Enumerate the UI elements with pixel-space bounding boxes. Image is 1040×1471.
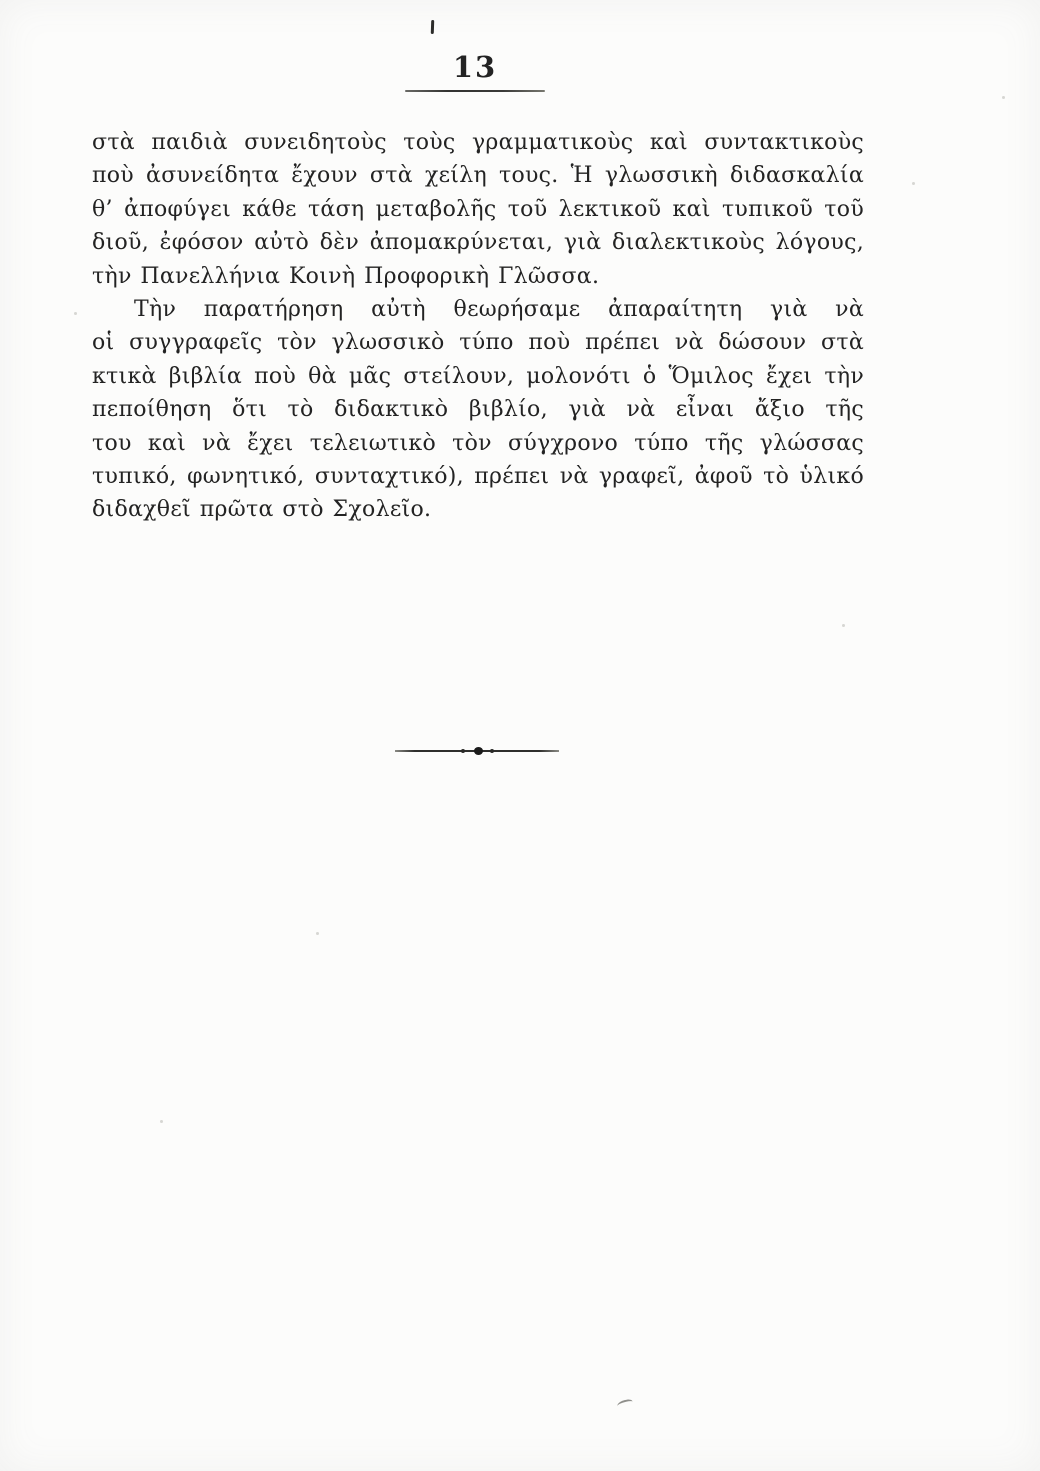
scan-speck <box>842 624 845 627</box>
text-line: του καὶ νὰ ἔχει τελειωτικὸ τὸν σύγχρονο … <box>92 427 864 460</box>
text-line: στὰ παιδιὰ συνειδητοὺς τοὺς γραμματικοὺς… <box>92 126 864 159</box>
scan-speck <box>74 312 77 315</box>
text-line: τὴν Πανελλήνια Κοινὴ Προφορικὴ Γλῶσσα. <box>92 260 864 293</box>
divider-minidot-left <box>461 749 465 753</box>
scan-speck <box>1002 96 1005 99</box>
divider-minidot-right <box>490 749 494 753</box>
text-line: Τὴν παρατήρηση αὐτὴ θεωρήσαμε ἀπαραίτητη… <box>92 293 864 326</box>
text-line: ποὺ ἀσυνείδητα ἔχουν στὰ χείλη τους. Ἡ γ… <box>92 159 864 192</box>
text-line: πεποίθηση ὅτι τὸ διδακτικὸ βιβλίο, γιὰ ν… <box>92 393 864 426</box>
section-divider <box>395 745 559 757</box>
text-line: κτικὰ βιβλία ποὺ θὰ μᾶς στείλουν, μολονό… <box>92 360 864 393</box>
body-text: στὰ παιδιὰ συνειδητοὺς τοὺς γραμματικοὺς… <box>92 126 864 527</box>
divider-center-dot <box>474 747 483 755</box>
text-line: διοῦ, ἐφόσον αὐτὸ δὲν ἀπομακρύνεται, γιὰ… <box>92 226 864 259</box>
scan-artifact-squiggle <box>616 1398 633 1409</box>
text-line: τυπικό, φωνητικό, συνταχτικό), πρέπει νὰ… <box>92 460 864 493</box>
text-line: οἱ συγγραφεῖς τὸν γλωσσικὸ τύπο ποὺ πρέπ… <box>92 326 864 359</box>
page-header: 13 <box>403 50 547 92</box>
scan-speck <box>316 932 319 935</box>
scanned-book-page: 13 στὰ παιδιὰ συνειδητοὺς τοὺς γραμματικ… <box>0 0 1040 1471</box>
text-line: διδαχθεῖ πρῶτα στὸ Σχολεῖο. <box>92 493 864 526</box>
scan-artifact-tick <box>431 20 434 34</box>
scan-speck <box>912 182 915 185</box>
page-number-underline <box>405 90 545 92</box>
text-line: θ’ ἀποφύγει κάθε τάση μεταβολῆς τοῦ λεκτ… <box>92 193 864 226</box>
page-number: 13 <box>403 50 547 85</box>
scan-speck <box>160 1120 163 1123</box>
